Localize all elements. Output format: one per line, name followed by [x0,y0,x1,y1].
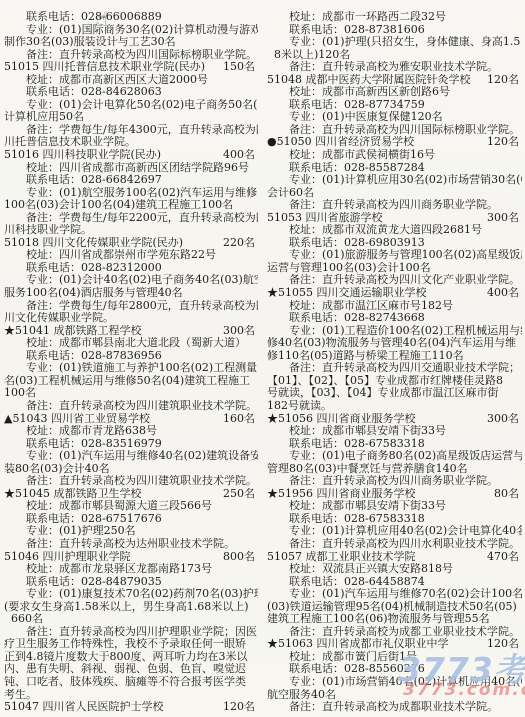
text-line: 校址：成都市温江区麻市号182号 [267,300,522,313]
enrollment-count: 300名 [223,325,258,338]
text-line: 川科技职业学院。 [4,224,258,237]
text-line: 专业：(01)旅游服务与管理100名(02)高星级饭店 [267,249,522,262]
line-text: 182号就读。 [267,400,332,413]
text-line: 联系电话：028-84879035 [4,576,258,589]
line-text: 100名 [4,387,36,400]
line-text: 校址：四川省成都崇州市学苑东路22号 [26,249,216,262]
text-line: 备注：学费每生/每年2200元，直升转录高校为四 [4,212,258,225]
text-line: 备注：直升转录高校为成都职业技术学院。 [267,701,522,714]
text-line: 管理80名(03)中餐烹饪与营养膳食140名 [267,463,522,476]
line-text: 备注：直升转录高校为四川交通职业技术学院； [289,362,520,375]
text-line: 联系电话：028-87381606 [267,24,522,37]
line-text: 川文化传媒职业学院。 [4,312,114,325]
text-line: 联系电话：028-64458874 [267,576,522,589]
text-line: 钝、口吃者、肢体残疾、脑瘫等不符合报考医学类 [4,676,258,689]
enrollment-count: 80名 [494,488,522,501]
line-text: 专业：(01)汽车运用与维修70名(02)会计100名 [289,588,522,601]
left-column: 联系电话：028-66006889专业：(01)国际商务30名(02)计算机动漫… [4,11,258,714]
text-line: 航空服务40名 [267,689,522,702]
school-code-and-name: 51057 成都工业职业技术学院 [267,551,416,564]
line-text: 备注：学费每生/每年4300元，直升转录高校为四 [26,124,258,137]
school-code-and-name: 51015 四川托普信息技术职业学院(民办) [4,61,205,74]
entry-header-line: 51053 四川省旅游学校300名 [267,212,522,225]
text-line: 联系电话：028-82312000 [4,262,258,275]
school-code-and-name: ▲51043 四川省工业贸易学校 [4,413,150,426]
text-line: 备注：直升转录高校为四川水利职业技术学院。 [267,538,522,551]
line-text: 联系电话：028-69803913 [289,237,425,250]
line-text: 考生。 [4,689,37,702]
line-text: 校址：成都市郫县安靖下街33号 [289,500,446,513]
line-text: (03)铁道运输管理95名(04)机械制造技术50名(05) [267,601,517,614]
enrollment-count: 470名 [487,551,522,564]
text-line: 182号就读。 [267,400,522,413]
line-text: 校址：成都市高新区西区大道2000号 [26,74,208,87]
line-text: 联系电话：028-87734759 [289,99,425,112]
school-code-and-name: 51053 四川省旅游学校 [267,212,383,225]
text-line: 联系电话：028-66006889 [4,11,258,24]
school-code-and-name: 51047 四川省人民医院护士学校 [4,701,164,714]
text-line: 备注：直升转录高校为四川文化产业职业学院。 [267,274,522,287]
text-line: 660名 [4,613,258,626]
school-code-and-name: ★51956 四川省商业服务学校 [267,488,416,501]
text-line: 川托普信息技术职业学院。 [4,136,258,149]
text-line: 联系电话：028-67517676 [4,513,258,526]
line-text: 专业：(01)铁道施工与养护100名(02)工程测量50 [26,362,258,375]
line-text: 校址：成都市武侯祠横街16号 [289,149,435,162]
entry-header-line: 51015 四川托普信息技术职业学院(民办)150名 [4,61,258,74]
line-text: 联系电话：028-84628063 [26,86,162,99]
line-text: 联系电话：028-87381606 [289,24,425,37]
text-line: 专业：(01)中医康复保健120名 [267,111,522,124]
line-text: 专业：(01)计算机应用40名(02)会计电算化40名 [289,525,522,538]
enrollment-count: 300名 [487,212,522,225]
line-text: 建筑工程施工100名(06)物流服务与管理55名 [267,613,490,626]
line-text: 专业：(01)航空服务100名(02)汽车运用与维修 [26,187,257,200]
line-text: 装80名(03)会计40名 [4,463,110,476]
line-text: 备注：学费每生/每年2800元，直升转录高校为四 [26,300,258,313]
line-text: 专业：(01)汽车运用与维修40名(02)建筑设备安 [26,450,258,463]
text-line: 考生。 [4,689,258,702]
text-line: 修110名(05)道路与桥梁工程施工110名 [267,350,522,363]
text-line: 校址：成都市郫县南北大道北段（蜀新大道） [4,337,258,350]
line-text: 660名 [11,613,43,626]
school-code-and-name: ★51041 成都铁路工程学校 [4,325,142,338]
enrollment-count: 150名 [223,61,258,74]
entry-header-line: ★51041 成都铁路工程学校300名 [4,325,258,338]
text-line: 联系电话：028-67583318 [267,438,522,451]
school-code-and-name: ★51045 成都铁路卫生学校 [4,488,142,501]
text-line: 专业：(01)汽车运用与维修40名(02)建筑设备安 [4,450,258,463]
line-text: 备注：学费每生/每年2200元，直升转录高校为四 [26,212,258,225]
text-line: 专业：(01)护理250名 [4,525,258,538]
line-text: 专业：(01)旅游服务与管理100名(02)高星级饭店 [289,249,522,262]
school-code-and-name: ★51055 四川交通运输职业学校 [267,287,427,300]
entry-header-line: 51048 成都中医药大学附属医院针灸学校120名 [267,74,522,87]
text-line: 专业：(01)铁道施工与养护100名(02)工程测量50 [4,362,258,375]
text-line: 联系电话：028-87734759 [267,99,522,112]
line-text: 校址：成都市青龙路638号 [26,425,157,438]
enrollment-count: 250名 [223,488,258,501]
text-line: 100名(03)会计100名(04)建筑工程施工100名 [4,199,258,212]
line-text: 服务100名(04)酒店服务与管理40名 [4,287,183,300]
text-line: 会计60名 [267,187,522,200]
enrollment-count: 120名 [487,638,522,651]
enrollment-count: 120名 [487,74,522,87]
line-text: 备注：直升转录高校为四川商务职业学院。 [289,475,498,488]
entry-header-line: ▲51043 四川省工业贸易学校160名 [4,413,258,426]
line-text: 专业：(01)护理250名 [26,525,136,538]
line-text: 专业：(01)会计40名(02)电子商务40名(03)航空 [26,274,258,287]
text-line: 备注：直升转录高校为四川商务职业学院。 [267,199,522,212]
line-text: 专业：(01)市场营销40名(02)计算机应用40名(03) [289,676,522,689]
line-text: 专业：(01)计算机应用30名(02)市场营销30名(03) [289,174,522,187]
text-line: 校址：成都市高新西区新创路6号 [267,86,522,99]
text-line: 正到4.8镜片度数大于800度、两耳听力均在3米以 [4,651,258,664]
line-text: 联系电话：028-84879035 [26,576,162,589]
text-line: 100名 [4,387,258,400]
line-text: 制作30名(03)服装设计与工艺30名 [4,36,176,49]
text-line: 校址：成都市双流黄龙大道四段2681号 [267,224,522,237]
text-line: 服务100名(04)酒店服务与管理40名 [4,287,258,300]
text-line: 校址：成都市武侯祠横街16号 [267,149,522,162]
line-text: 【01】、【02】、【05】专业成都市红牌楼佳灵路8 [267,375,503,388]
entry-header-line: ★51063 四川省成都市礼仪职业中学120名 [267,638,522,651]
text-line: 专业：(01)康复技术70名(02)药剂70名(03)护理 [4,588,258,601]
text-line: 联系电话：028-67583318 [267,513,522,526]
text-line: 装80名(03)会计40名 [4,463,258,476]
line-text: 正到4.8镜片度数大于800度、两耳听力均在3米以 [4,651,248,664]
line-text: 航空服务40名 [267,689,336,702]
text-line: 联系电话：028-66842697 [4,174,258,187]
text-line: 运营与管理100名(03)会计100名 [267,262,522,275]
text-line: 川文化传媒职业学院。 [4,312,258,325]
line-text: 校址：成都市郫县南北大道北段（蜀新大道） [26,337,246,350]
line-text: 联系电话：028-85560276 [289,663,425,676]
text-line: 8米以上)120名 [267,49,522,62]
line-text: 校址：成都市高新西区新创路6号 [289,86,450,99]
text-line: 内、患有失明、斜视、弱视、色弱、色盲、嗅觉迟 [4,663,258,676]
text-line: 备注：直升转录高校为四川护理职业学院；因医 [4,626,258,639]
text-line: 专业：(01)工程造价100名(02)工程机械运用与维 [267,325,522,338]
text-line: 专业：(01)会计电算化50名(02)电子商务50名(03) [4,99,258,112]
text-line: 计算机应用50名 [4,111,258,124]
text-line: 备注：直升转录高校为雅安职业技术学院。 [267,61,522,74]
line-text: 名(03)工程机械运用与维修50名(04)建筑工程施工 [4,375,250,388]
text-line: 【01】、【02】、【05】专业成都市红牌楼佳灵路8 [267,375,522,388]
enrollment-count: 220名 [223,237,258,250]
text-line: 名(03)工程机械运用与维修50名(04)建筑工程施工 [4,375,258,388]
line-text: 备注：直升转录高校为成都工业职业技术学院。 [289,626,520,639]
text-line: 联系电话：028-85587284 [267,162,522,175]
text-line: 建筑工程施工100名(06)物流服务与管理55名 [267,613,522,626]
school-code-and-name: ●51050 四川省经济贸易学校 [267,136,414,149]
line-text: 校址：成都市郫县安靖下街33号 [289,425,446,438]
line-text: 校址：四川省成都市高新西区团结学院路96号 [26,162,249,175]
text-line: 校址：成都市郫县蜀源大道三段566号 [4,500,258,513]
text-line: 校址：成都市簧门后街1号 [267,651,522,664]
text-line: 校址：成都市郫县安靖下街33号 [267,500,522,513]
school-code-and-name: ★51056 四川省商业服务学校 [267,413,416,426]
line-text: 备注：直升转录高校为四川国际标榜职业学院。 [289,124,520,137]
entry-header-line: ★51055 四川交通运输职业学校400名 [267,287,522,300]
school-code-and-name: ★51063 四川省成都市礼仪职业中学 [267,638,449,651]
text-line: 校址：成都市高新区西区大道2000号 [4,74,258,87]
line-text: 专业：(01)康复技术70名(02)药剂70名(03)护理 [26,588,258,601]
text-line: 专业：(01)计算机应用40名(02)会计电算化40名 [267,525,522,538]
text-line: 备注：直升转录高校为四川建筑职业技术学院。 [4,400,258,413]
line-text: 川科技职业学院。 [4,224,92,237]
text-line: 联系电话：028-83516979 [4,438,258,451]
line-text: 专业：(01)中医康复保健120名 [289,111,443,124]
line-text: 联系电话：028-66006889 [26,11,162,24]
line-text: 会计60名 [267,187,314,200]
school-code-and-name: 51016 四川科技职业学院(民办) [4,149,161,162]
text-line: (要求女生身高1.58米以上，男生身高1.68米以上) [4,601,258,614]
text-line: 制作30名(03)服装设计与工艺30名 [4,36,258,49]
line-text: 校址：成都市温江区麻市号182号 [289,300,453,313]
text-line: 号就读，【03】、【04】专业成都市温江区麻市街 [267,387,522,400]
text-line: 联系电话：028-84628063 [4,86,258,99]
line-text: 校址：成都市簧门后街1号 [289,651,417,664]
line-text: 校址：双流县正兴镇大安路818号 [289,563,453,576]
text-line: 联系电话：028-85560276 [267,663,522,676]
line-text: 备注：直升转录高校为成都职业技术学院。 [289,701,498,714]
entry-header-line: ★51056 四川省商业服务学校300名 [267,413,522,426]
text-line: 备注：直升转录高校为成都工业职业技术学院。 [267,626,522,639]
line-text: 联系电话：028-82743668 [289,312,425,325]
line-text: 专业：(01)护理(只招女生，身体健康、身高1.5 [289,36,520,49]
line-text: 校址：成都市郫县蜀源大道三段566号 [26,500,212,513]
line-text: 专业：(01)国际商务30名(02)计算机动漫与游戏 [26,24,258,37]
text-line: 备注：学费每生/每年2800元，直升转录高校为四 [4,300,258,313]
line-text: 100名(03)会计100名(04)建筑工程施工100名 [4,199,233,212]
line-text: 联系电话：028-67583318 [289,513,425,526]
text-line: 校址：双流县正兴镇大安路818号 [267,563,522,576]
entry-header-line: ★51045 成都铁路卫生学校250名 [4,488,258,501]
line-text: 专业：(01)工程造价100名(02)工程机械运用与维 [289,325,522,338]
line-text: 联系电话：028-67583318 [289,438,425,451]
line-text: 联系电话：028-83516979 [26,438,162,451]
text-line: 备注：直升转录高校为四川商务职业学院。 [267,475,522,488]
text-line: 校址：四川省成都市高新西区团结学院路96号 [4,162,258,175]
line-text: 备注：直升转录高校为四川国际标榜职业学院。 [26,49,257,62]
entry-header-line: 51046 四川护理职业学院800名 [4,551,258,564]
text-line: 联系电话：028-87836956 [4,350,258,363]
text-line: (03)铁道运输管理95名(04)机械制造技术50名(05) [267,601,522,614]
line-text: 联系电话：028-64458874 [289,576,425,589]
line-text: 备注：直升转录高校为四川建筑职业技术学院。 [26,475,257,488]
school-code-and-name: 51046 四川护理职业学院 [4,551,131,564]
line-text: 8米以上)120名 [274,49,350,62]
text-line: 备注：直升转录高校为达州职业技术学院。 [4,538,258,551]
line-text: 钝、口吃者、肢体残疾、脑瘫等不符合报考医学类 [4,676,246,689]
entry-header-line: ●51050 四川省经济贸易学校120名 [267,136,522,149]
entry-header-line: 51057 成都工业职业技术学院470名 [267,551,522,564]
line-text: 计算机应用50名 [4,111,84,124]
line-text: 联系电话：028-87836956 [26,350,162,363]
line-text: 备注：直升转录高校为四川建筑职业技术学院。 [26,400,257,413]
line-text: 联系电话：028-66842697 [26,174,162,187]
enrollment-count: 800名 [223,551,258,564]
text-line: 专业：(01)航空服务100名(02)汽车运用与维修 [4,187,258,200]
line-text: 修110名(05)道路与桥梁工程施工110名 [267,350,464,363]
line-text: 备注：直升转录高校为雅安职业技术学院。 [289,61,498,74]
text-line: 疗卫生服务工作特殊性，我校不予录取任何一眼矫 [4,638,258,651]
line-text: 备注：直升转录高校为四川商务职业学院。 [289,199,498,212]
text-line: 校址：成都市一环路西二段32号 [267,11,522,24]
line-text: 备注：直升转录高校为达州职业技术学院。 [26,538,235,551]
line-text: 专业：(01)会计电算化50名(02)电子商务50名(03) [26,99,258,112]
line-text: 备注：直升转录高校为四川水利职业技术学院。 [289,538,520,551]
text-line: 专业：(01)市场营销40名(02)计算机应用40名(03) [267,676,522,689]
line-text: 校址：成都市一环路西二段32号 [289,11,446,24]
text-line: 联系电话：028-69803913 [267,237,522,250]
line-text: 川托普信息技术职业学院。 [4,136,136,149]
text-line: 备注：直升转录高校为四川国际标榜职业学院。 [4,49,258,62]
line-text: 备注：直升转录高校为四川文化产业职业学院。 [289,274,520,287]
text-line: 专业：(01)会计40名(02)电子商务40名(03)航空 [4,274,258,287]
enrollment-count: 300名 [487,413,522,426]
line-text: 运营与管理100名(03)会计100名 [267,262,431,275]
text-line: 专业：(01)汽车运用与维修70名(02)会计100名 [267,588,522,601]
text-line: 专业：(01)电子商务80名(02)高星级饭店运营与 [267,450,522,463]
entry-header-line: 51016 四川科技职业学院(民办)400名 [4,149,258,162]
enrollment-count: 120名 [223,701,258,714]
text-line: 备注：直升转录高校为四川国际标榜职业学院。 [267,124,522,137]
line-text: 疗卫生服务工作特殊性，我校不予录取任何一眼矫 [4,638,246,651]
entry-header-line: 51047 四川省人民医院护士学校120名 [4,701,258,714]
line-text: 联系电话：028-67517676 [26,513,162,526]
text-line: 联系电话：028-82743668 [267,312,522,325]
text-line: 修40名(03)物流服务与管理40名(04)汽车运用与维 [267,337,522,350]
line-text: 校址：成都市双流黄龙大道四段2681号 [289,224,482,237]
text-line: 专业：(01)护理(只招女生，身体健康、身高1.5 [267,36,522,49]
line-text: 专业：(01)电子商务80名(02)高星级饭店运营与 [289,450,522,463]
right-column: 校址：成都市一环路西二段32号联系电话：028-87381606专业：(01)护… [267,11,522,714]
admissions-directory-page: 联系电话：028-66006889专业：(01)国际商务30名(02)计算机动漫… [0,0,525,717]
text-line: 专业：(01)计算机应用30名(02)市场营销30名(03) [267,174,522,187]
enrollment-count: 160名 [223,413,258,426]
line-text: 校址：成都市龙泉驿区龙都南路173号 [26,563,212,576]
text-line: 校址：成都市青龙路638号 [4,425,258,438]
school-code-and-name: 51018 四川文化传媒职业学院(民办) [4,237,183,250]
text-line: 校址：四川省成都崇州市学苑东路22号 [4,249,258,262]
entry-header-line: ★51956 四川省商业服务学校80名 [267,488,522,501]
line-text: 修40名(03)物流服务与管理40名(04)汽车运用与维 [267,337,516,350]
line-text: 内、患有失明、斜视、弱视、色弱、色盲、嗅觉迟 [4,663,246,676]
line-text: 管理80名(03)中餐烹饪与营养膳食140名 [267,463,468,476]
text-line: 备注：直升转录高校为四川交通职业技术学院； [267,362,522,375]
line-text: 号就读，【03】、【04】专业成都市温江区麻市街 [267,387,499,400]
text-line: 专业：(01)国际商务30名(02)计算机动漫与游戏 [4,24,258,37]
text-line: 校址：成都市龙泉驿区龙都南路173号 [4,563,258,576]
enrollment-count: 400名 [223,149,258,162]
text-line: 校址：成都市郫县安靖下街33号 [267,425,522,438]
text-line: 备注：直升转录高校为四川建筑职业技术学院。 [4,475,258,488]
line-text: 联系电话：028-85587284 [289,162,425,175]
entry-header-line: 51018 四川文化传媒职业学院(民办)220名 [4,237,258,250]
enrollment-count: 120名 [487,136,522,149]
text-line: 备注：学费每生/每年4300元，直升转录高校为四 [4,124,258,137]
enrollment-count: 400名 [487,287,522,300]
school-code-and-name: 51048 成都中医药大学附属医院针灸学校 [267,74,471,87]
line-text: 备注：直升转录高校为四川护理职业学院；因医 [26,626,257,639]
line-text: 联系电话：028-82312000 [26,262,162,275]
line-text: (要求女生身高1.58米以上，男生身高1.68米以上) [4,601,249,614]
